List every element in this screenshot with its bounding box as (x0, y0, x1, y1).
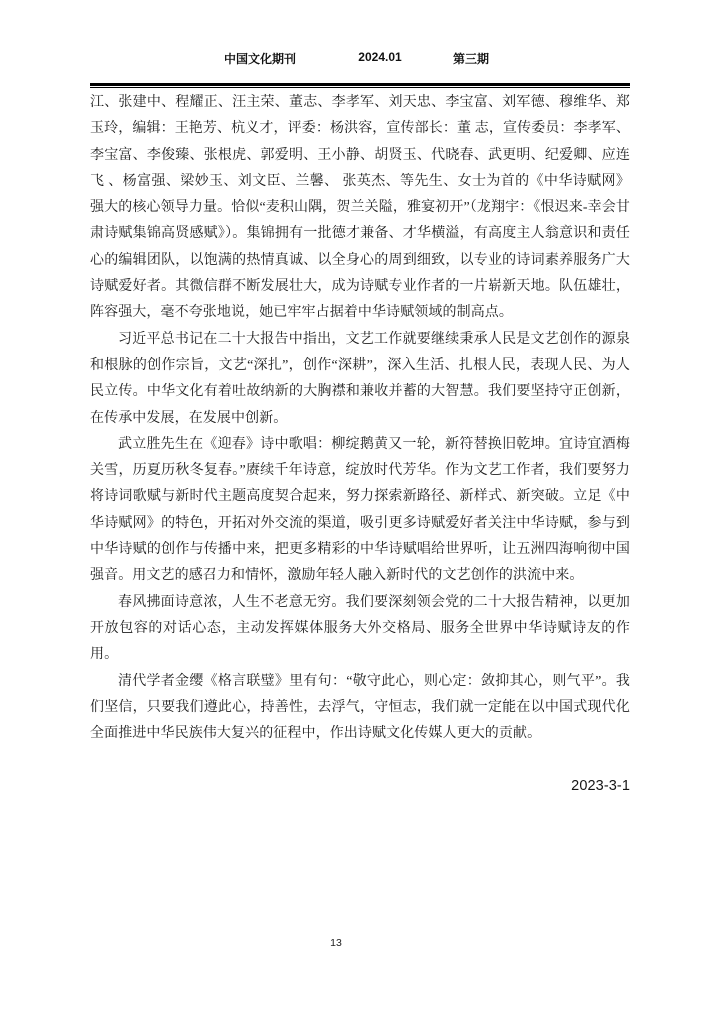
date-line: 2023-3-1 (90, 773, 630, 799)
paragraph-report-quote: 习近平总书记在二十大报告中指出，文艺工作就要继续秉承人民是文艺创作的源泉和根脉的… (90, 327, 630, 432)
paragraph-spring-outlook: 春风拂面诗意浓，人生不老意无穷。我们要深刻领会党的二十大报告精神，以更加开放包容… (90, 590, 630, 669)
divider-thin-line (90, 87, 630, 88)
page-number: 13 (330, 937, 342, 949)
paragraph-poem-quote: 武立胜先生在《迎春》诗中歌唱：柳绽鹅黄又一轮，新符替换旧乾坤。宜诗宜酒梅关雪，历… (90, 432, 630, 590)
header-divider (90, 83, 630, 88)
document-page: 中国文化期刊 2024.01 第三期 江、张建中、程耀正、汪主荣、董志、李孝军、… (0, 0, 720, 1018)
paragraph-continuation: 江、张建中、程耀正、汪主荣、董志、李孝军、刘天忠、李宝富、刘军德、穆维华、郑玉玲… (90, 90, 630, 327)
issue-date: 2024.01 (358, 50, 401, 64)
journal-title: 中国文化期刊 (224, 50, 296, 67)
issue-number: 第三期 (453, 50, 489, 67)
page-header: 中国文化期刊 2024.01 第三期 (90, 50, 630, 68)
document-body: 江、张建中、程耀正、汪主荣、董志、李孝军、刘天忠、李宝富、刘军德、穆维华、郑玉玲… (90, 90, 630, 800)
paragraph-closing: 清代学者金缨《格言联璧》里有句：“敬守此心，则心定：敛抑其心，则气平”。我们坚信… (90, 669, 630, 748)
divider-thick-line (90, 83, 630, 86)
page-footer: 13 (0, 937, 672, 949)
